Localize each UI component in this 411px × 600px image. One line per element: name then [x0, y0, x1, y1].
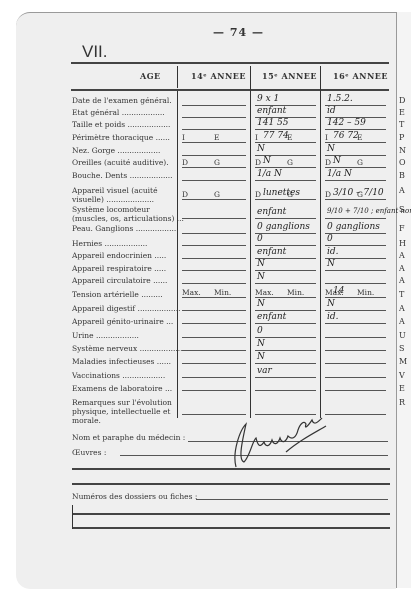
row-label: Système locomoteur (muscles, os, articul…	[72, 205, 184, 223]
cell-line	[325, 363, 386, 364]
cell-line	[182, 270, 246, 271]
handwritten-entry: N	[257, 144, 265, 154]
cell-line	[255, 337, 316, 338]
column-divider	[177, 91, 178, 418]
cell-line	[182, 129, 246, 130]
cell-line	[325, 323, 386, 324]
handwritten-entry: 142 – 59	[327, 118, 366, 128]
row-label: Date de l'examen général.	[72, 96, 172, 105]
oeuvres-line-3	[72, 483, 390, 485]
cell-prefix: Max.	[182, 288, 201, 297]
cell-line	[255, 350, 316, 351]
cell-line	[255, 167, 316, 168]
cell-line	[325, 390, 386, 391]
cell-line	[255, 218, 316, 219]
cell-prefix: Min.	[214, 288, 231, 297]
cell-line	[182, 105, 246, 106]
adjacent-page-letter: H	[399, 239, 406, 248]
row-label: Examens de laboratoire ...	[72, 384, 172, 393]
handwritten-entry: var	[257, 366, 272, 376]
dossiers-line-2	[72, 513, 390, 515]
handwritten-entry: N	[327, 144, 335, 154]
cell-line	[255, 323, 316, 324]
cell-prefix: G	[214, 190, 220, 199]
handwritten-entry: 1/a N	[327, 169, 352, 179]
cell-line	[325, 337, 386, 338]
row-label: Système nerveux ..................	[72, 344, 184, 353]
handwritten-entry: N	[257, 299, 265, 309]
cell-line	[255, 377, 316, 378]
header-16-annee: 16ᵉ ANNEE	[333, 71, 388, 81]
row-label: Taille et poids ..................	[72, 120, 184, 129]
cell-prefix: I	[255, 133, 258, 142]
row-label: Hernies ..................	[72, 239, 147, 248]
cell-line	[182, 297, 246, 298]
adjacent-page-letter: R	[399, 398, 405, 407]
cell-line	[255, 363, 316, 364]
cell-line	[255, 297, 316, 298]
handwritten-entry: enfant	[257, 247, 286, 257]
handwritten-entry: N	[257, 259, 265, 269]
adjacent-page-letter: M	[399, 357, 407, 366]
cell-line	[182, 117, 246, 118]
cell-line	[325, 233, 386, 234]
handwritten-entry: id.	[327, 247, 339, 257]
adjacent-page-letter: N	[399, 146, 406, 155]
section-number: VII.	[82, 42, 108, 62]
handwritten-entry: 141 55	[257, 118, 289, 128]
handwritten-entry: lunettes	[263, 188, 300, 198]
adjacent-page-letter: A	[399, 251, 405, 260]
cell-line	[182, 199, 246, 200]
handwritten-entry: enfant	[257, 312, 286, 322]
adjacent-page-letter: O	[399, 158, 406, 167]
adjacent-page-letter: U	[399, 331, 406, 340]
cell-prefix: G	[287, 158, 293, 167]
row-label: Maladies infectieuses ......	[72, 357, 171, 366]
adjacent-page-letter: A	[399, 186, 405, 195]
cell-line	[325, 245, 386, 246]
handwritten-entry: 9 x 1	[257, 94, 279, 104]
cell-prefix: G	[357, 158, 363, 167]
cell-line	[182, 377, 246, 378]
cell-line	[182, 310, 246, 311]
handwritten-entry: N	[327, 299, 335, 309]
cell-prefix: G	[214, 158, 220, 167]
cell-prefix: D	[182, 158, 188, 167]
cell-prefix: D	[255, 158, 261, 167]
cell-line	[255, 310, 316, 311]
adjacent-page-letter: B	[399, 171, 405, 180]
cell-line	[182, 233, 246, 234]
row-label: Etat général ..................	[72, 108, 184, 117]
cell-line	[255, 129, 316, 130]
cell-line	[255, 233, 316, 234]
cell-prefix: D	[255, 190, 261, 199]
table-top-rule	[71, 62, 389, 64]
cell-line	[325, 283, 386, 284]
adjacent-page-letter: S	[399, 205, 404, 214]
column-divider	[250, 66, 251, 418]
cell-line	[325, 218, 386, 219]
handwritten-entry: 0 ganglions	[327, 222, 380, 232]
cell-line	[182, 390, 246, 391]
adjacent-page-letter: E	[399, 384, 405, 393]
cell-prefix: Min.	[287, 288, 304, 297]
row-label: Appareil digestif ..................	[72, 304, 184, 313]
adjacent-page-letter: A	[399, 317, 405, 326]
cell-prefix: I	[182, 133, 185, 142]
cell-line	[325, 142, 386, 143]
cell-line	[325, 270, 386, 271]
handwritten-entry: 76 72	[333, 131, 359, 141]
header-age: AGE	[140, 71, 161, 81]
row-label: Appareil génito-urinaire ...	[72, 317, 173, 326]
cell-line	[182, 258, 246, 259]
header-bottom-rule	[71, 89, 389, 91]
row-label: Appareil endocrinien .....	[72, 251, 166, 260]
cell-line	[325, 199, 386, 200]
cell-prefix: E	[214, 133, 219, 142]
cell-line	[325, 377, 386, 378]
header-14-annee: 14ᵉ ANNEE	[191, 71, 246, 81]
handwritten-entry: id	[327, 106, 336, 116]
cell-line	[182, 180, 246, 181]
cell-line	[325, 297, 386, 298]
adjacent-page-letter: D	[399, 96, 405, 105]
handwritten-entry: N	[257, 339, 265, 349]
cell-line	[182, 323, 246, 324]
adjacent-page-letter: T	[399, 120, 404, 129]
cell-line	[255, 142, 316, 143]
header-15-annee: 15ᵉ ANNEE	[262, 71, 317, 81]
page-number: — 74 —	[213, 26, 264, 39]
cell-line	[255, 270, 316, 271]
handwritten-entry: N	[257, 352, 265, 362]
row-label: Oreilles (acuité auditive).	[72, 158, 169, 167]
handwritten-entry: 0	[257, 234, 263, 244]
handwritten-entry: enfant	[257, 106, 286, 116]
handwritten-entry: N	[327, 259, 335, 269]
handwritten-entry: N	[333, 156, 341, 166]
column-divider	[320, 66, 321, 418]
handwritten-entry: 1/a N	[257, 169, 282, 179]
cell-prefix: Max.	[255, 288, 274, 297]
row-label: Bouche. Dents ..................	[72, 171, 184, 180]
cell-line	[255, 245, 316, 246]
doctor-signature-label: Nom et paraphe du médecin :	[72, 433, 185, 442]
adjacent-page-letter: A	[399, 276, 405, 285]
row-label: Nez. Gorge ..................	[72, 146, 160, 155]
handwritten-entry: N	[257, 272, 265, 282]
cell-line	[325, 350, 386, 351]
adjacent-page-letter: A	[399, 264, 405, 273]
handwritten-entry: N	[263, 156, 271, 166]
cell-line	[182, 350, 246, 351]
cell-line	[255, 180, 316, 181]
cell-line	[182, 337, 246, 338]
row-label: Tension artérielle .........	[72, 290, 163, 299]
cell-line	[255, 199, 316, 200]
handwritten-entry: 14	[333, 286, 344, 296]
row-label: Remarques sur l'évolution physique, inte…	[72, 398, 184, 425]
dossiers-line	[196, 499, 388, 500]
cell-prefix: Min.	[357, 288, 374, 297]
row-label: Appareil visuel (acuité visuelle) ......…	[72, 186, 184, 204]
cell-line	[325, 129, 386, 130]
cell-prefix: D	[325, 158, 331, 167]
handwritten-entry: 77 74	[263, 131, 289, 141]
adjacent-page-letter: P	[399, 133, 404, 142]
cell-line	[325, 310, 386, 311]
row-label: Périmètre thoracique ......	[72, 133, 170, 142]
cell-line	[182, 155, 246, 156]
handwritten-entry: 0 ganglions	[257, 222, 310, 232]
cell-line	[325, 167, 386, 168]
adjacent-page-letter: T	[399, 290, 404, 299]
handwritten-entry: enfant	[257, 207, 286, 217]
adjacent-page-letter: F	[399, 224, 405, 233]
adjacent-page-letter: E	[399, 108, 405, 117]
dossiers-line-3	[72, 527, 390, 529]
cell-line	[182, 142, 246, 143]
cell-line	[182, 363, 246, 364]
cell-line	[182, 167, 246, 168]
cell-line	[182, 218, 246, 219]
handwritten-entry: id.	[327, 312, 339, 322]
cell-line	[182, 245, 246, 246]
adjacent-page-letter: A	[399, 304, 405, 313]
cell-prefix: D	[325, 190, 331, 199]
bracket-mark	[72, 505, 73, 529]
row-label: Appareil respiratoire .....	[72, 264, 166, 273]
cell-line	[182, 283, 246, 284]
cell-prefix: D	[182, 190, 188, 199]
adjacent-page-letter: V	[399, 371, 405, 380]
handwritten-entry: 0	[257, 326, 263, 336]
row-label: Peau. Ganglions ..................	[72, 224, 184, 233]
column-divider	[177, 66, 178, 88]
handwritten-entry: 1.5.2.	[327, 94, 353, 104]
handwritten-entry: 3/10 – 7/10	[333, 188, 384, 198]
adjacent-page-letter: S	[399, 344, 404, 353]
oeuvres-label: Œuvres :	[72, 448, 106, 457]
cell-line	[255, 283, 316, 284]
row-label: Vaccinations ..................	[72, 371, 184, 380]
dossiers-label: Numéros des dossiers ou fiches :	[72, 492, 197, 501]
cell-line	[255, 390, 316, 391]
cell-prefix: I	[325, 133, 328, 142]
handwritten-entry: 0	[327, 234, 333, 244]
cell-line	[325, 180, 386, 181]
row-label: Urine ..................	[72, 331, 139, 340]
doctor-signature	[226, 412, 356, 472]
row-label: Appareil circulatoire ......	[72, 276, 167, 285]
